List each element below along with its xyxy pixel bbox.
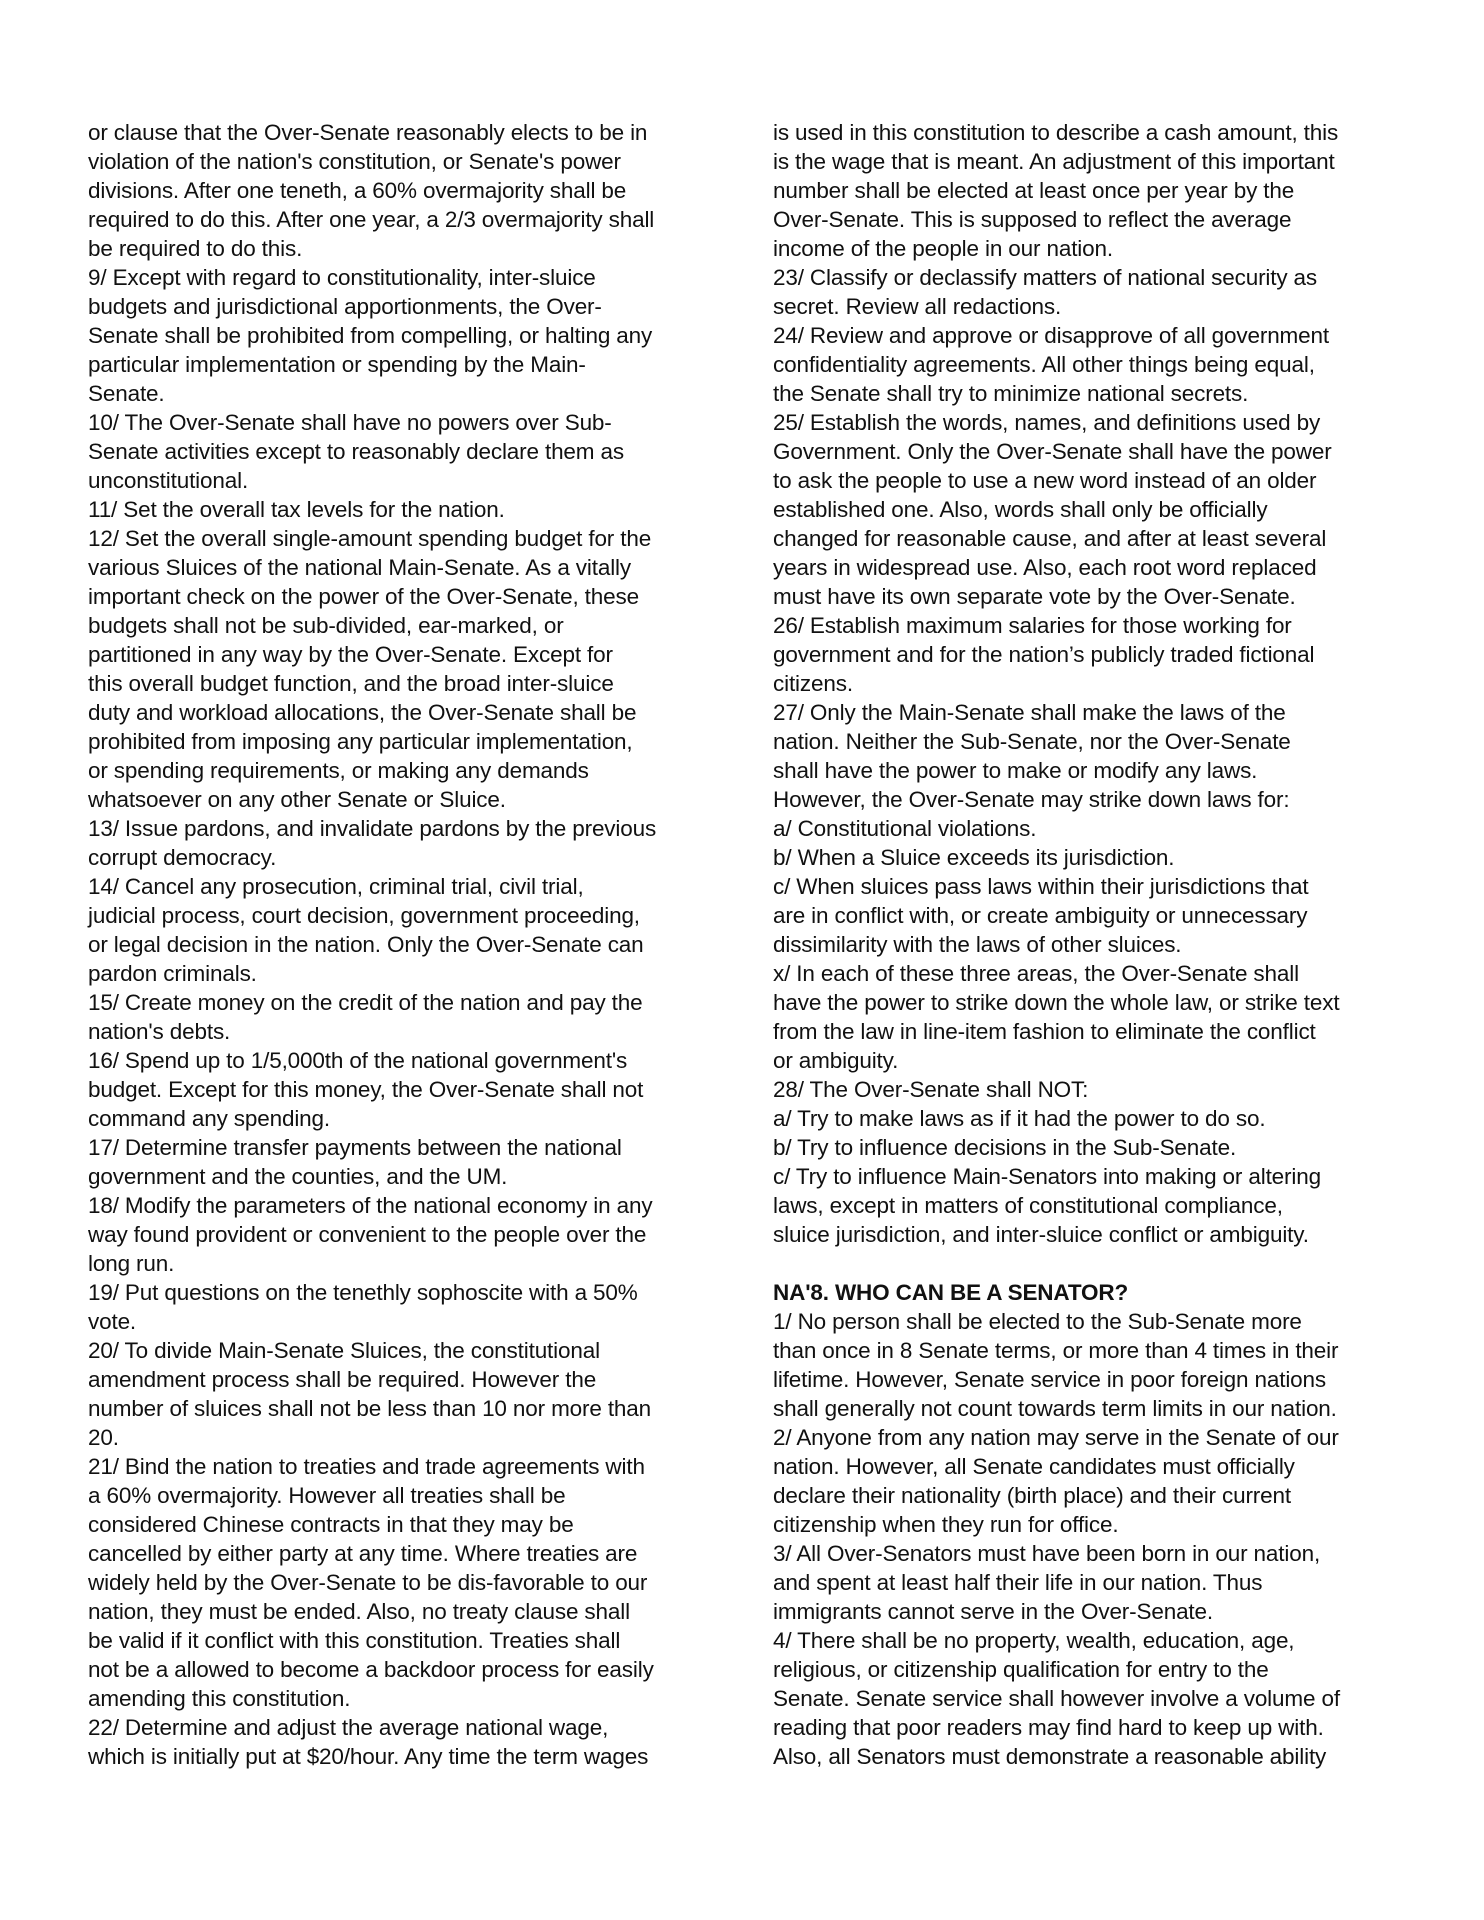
text-line: laws, except in matters of constitutiona… (773, 1191, 1413, 1220)
text-line: government and for the nation’s publicly… (773, 640, 1413, 669)
text-line: religious, or citizenship qualification … (773, 1655, 1413, 1684)
text-line: or clause that the Over-Senate reasonabl… (88, 118, 728, 147)
text-line: be required to do this. (88, 234, 728, 263)
text-line: 19/ Put questions on the tenethly sophos… (88, 1278, 728, 1307)
text-line: established one. Also, words shall only … (773, 495, 1413, 524)
text-line: violation of the nation's constitution, … (88, 147, 728, 176)
text-line: considered Chinese contracts in that the… (88, 1510, 728, 1539)
text-line: is used in this constitution to describe… (773, 118, 1413, 147)
text-line: nation, they must be ended. Also, no tre… (88, 1597, 728, 1626)
text-line: 16/ Spend up to 1/5,000th of the nationa… (88, 1046, 728, 1075)
text-line: required to do this. After one year, a 2… (88, 205, 728, 234)
text-line: 24/ Review and approve or disapprove of … (773, 321, 1413, 350)
text-line: number of sluices shall not be less than… (88, 1394, 728, 1423)
text-line: 20/ To divide Main-Senate Sluices, the c… (88, 1336, 728, 1365)
text-line: 23/ Classify or declassify matters of na… (773, 263, 1413, 292)
text-line: corrupt democracy. (88, 843, 728, 872)
text-line: However, the Over-Senate may strike down… (773, 785, 1413, 814)
text-line: and spent at least half their life in ou… (773, 1568, 1413, 1597)
text-line: 3/ All Over-Senators must have been born… (773, 1539, 1413, 1568)
text-line: are in conflict with, or create ambiguit… (773, 901, 1413, 930)
text-line: nation. However, all Senate candidates m… (773, 1452, 1413, 1481)
text-line: dissimilarity with the laws of other slu… (773, 930, 1413, 959)
text-line: 11/ Set the overall tax levels for the n… (88, 495, 728, 524)
text-line: Senate activities except to reasonably d… (88, 437, 728, 466)
text-line: long run. (88, 1249, 728, 1278)
text-line: or legal decision in the nation. Only th… (88, 930, 728, 959)
text-line: b/ Try to influence decisions in the Sub… (773, 1133, 1413, 1162)
text-line: a/ Constitutional violations. (773, 814, 1413, 843)
text-line: duty and workload allocations, the Over-… (88, 698, 728, 727)
text-line: government and the counties, and the UM. (88, 1162, 728, 1191)
section-spacer (773, 1249, 1413, 1278)
text-line: important check on the power of the Over… (88, 582, 728, 611)
text-line: 28/ The Over-Senate shall NOT: (773, 1075, 1413, 1104)
text-line: citizens. (773, 669, 1413, 698)
text-line: c/ Try to influence Main-Senators into m… (773, 1162, 1413, 1191)
text-line: 1/ No person shall be elected to the Sub… (773, 1307, 1413, 1336)
text-line: 4/ There shall be no property, wealth, e… (773, 1626, 1413, 1655)
text-line: is the wage that is meant. An adjustment… (773, 147, 1413, 176)
text-line: income of the people in our nation. (773, 234, 1413, 263)
text-line: changed for reasonable cause, and after … (773, 524, 1413, 553)
text-line: way found provident or convenient to the… (88, 1220, 728, 1249)
text-line: confidentiality agreements. All other th… (773, 350, 1413, 379)
text-line: lifetime. However, Senate service in poo… (773, 1365, 1413, 1394)
left-text-column: or clause that the Over-Senate reasonabl… (88, 118, 728, 1771)
text-line: various Sluices of the national Main-Sen… (88, 553, 728, 582)
text-line: vote. (88, 1307, 728, 1336)
right-text-column: is used in this constitution to describe… (773, 118, 1413, 1771)
text-line: have the power to strike down the whole … (773, 988, 1413, 1017)
text-line: 26/ Establish maximum salaries for those… (773, 611, 1413, 640)
text-line: reading that poor readers may find hard … (773, 1713, 1413, 1742)
text-line: 2/ Anyone from any nation may serve in t… (773, 1423, 1413, 1452)
text-line: particular implementation or spending by… (88, 350, 728, 379)
text-line: immigrants cannot serve in the Over-Sena… (773, 1597, 1413, 1626)
text-line: 9/ Except with regard to constitutionali… (88, 263, 728, 292)
text-line: 18/ Modify the parameters of the nationa… (88, 1191, 728, 1220)
text-line: whatsoever on any other Senate or Sluice… (88, 785, 728, 814)
text-line: the Senate shall try to minimize nationa… (773, 379, 1413, 408)
text-line: not be a allowed to become a backdoor pr… (88, 1655, 728, 1684)
text-line: amendment process shall be required. How… (88, 1365, 728, 1394)
text-line: must have its own separate vote by the O… (773, 582, 1413, 611)
text-line: Senate. (88, 379, 728, 408)
text-line: 17/ Determine transfer payments between … (88, 1133, 728, 1162)
text-line: Senate. Senate service shall however inv… (773, 1684, 1413, 1713)
text-line: unconstitutional. (88, 466, 728, 495)
text-line: cancelled by either party at any time. W… (88, 1539, 728, 1568)
text-line: Also, all Senators must demonstrate a re… (773, 1742, 1413, 1771)
text-line: sluice jurisdiction, and inter-sluice co… (773, 1220, 1413, 1249)
text-line: budgets shall not be sub-divided, ear-ma… (88, 611, 728, 640)
text-line: judicial process, court decision, govern… (88, 901, 728, 930)
text-line: command any spending. (88, 1104, 728, 1133)
text-line: than once in 8 Senate terms, or more tha… (773, 1336, 1413, 1365)
text-line: budget. Except for this money, the Over-… (88, 1075, 728, 1104)
text-line: 21/ Bind the nation to treaties and trad… (88, 1452, 728, 1481)
text-line: which is initially put at $20/hour. Any … (88, 1742, 728, 1771)
text-line: budgets and jurisdictional apportionment… (88, 292, 728, 321)
text-line: prohibited from imposing any particular … (88, 727, 728, 756)
text-line: widely held by the Over-Senate to be dis… (88, 1568, 728, 1597)
text-line: c/ When sluices pass laws within their j… (773, 872, 1413, 901)
text-line: citizenship when they run for office. (773, 1510, 1413, 1539)
text-line: 22/ Determine and adjust the average nat… (88, 1713, 728, 1742)
text-line: Over-Senate. This is supposed to reflect… (773, 205, 1413, 234)
text-line: 20. (88, 1423, 728, 1452)
text-line: shall generally not count towards term l… (773, 1394, 1413, 1423)
text-line: shall have the power to make or modify a… (773, 756, 1413, 785)
text-line: 25/ Establish the words, names, and defi… (773, 408, 1413, 437)
who-can-be-senator-section: 1/ No person shall be elected to the Sub… (773, 1307, 1413, 1771)
over-senate-powers-continued: is used in this constitution to describe… (773, 118, 1413, 1249)
text-line: b/ When a Sluice exceeds its jurisdictio… (773, 843, 1413, 872)
document-page: or clause that the Over-Senate reasonabl… (0, 0, 1484, 1920)
text-line: 14/ Cancel any prosecution, criminal tri… (88, 872, 728, 901)
text-line: Senate shall be prohibited from compelli… (88, 321, 728, 350)
text-line: 13/ Issue pardons, and invalidate pardon… (88, 814, 728, 843)
text-line: amending this constitution. (88, 1684, 728, 1713)
text-line: secret. Review all redactions. (773, 292, 1413, 321)
text-line: from the law in line-item fashion to eli… (773, 1017, 1413, 1046)
text-line: to ask the people to use a new word inst… (773, 466, 1413, 495)
text-line: 12/ Set the overall single-amount spendi… (88, 524, 728, 553)
text-line: declare their nationality (birth place) … (773, 1481, 1413, 1510)
text-line: 15/ Create money on the credit of the na… (88, 988, 728, 1017)
text-line: Government. Only the Over-Senate shall h… (773, 437, 1413, 466)
text-line: nation's debts. (88, 1017, 728, 1046)
text-line: 10/ The Over-Senate shall have no powers… (88, 408, 728, 437)
text-line: this overall budget function, and the br… (88, 669, 728, 698)
text-line: or ambiguity. (773, 1046, 1413, 1075)
text-line: number shall be elected at least once pe… (773, 176, 1413, 205)
text-line: divisions. After one teneth, a 60% overm… (88, 176, 728, 205)
text-line: partitioned in any way by the Over-Senat… (88, 640, 728, 669)
text-line: nation. Neither the Sub-Senate, nor the … (773, 727, 1413, 756)
text-line: pardon criminals. (88, 959, 728, 988)
text-line: be valid if it conflict with this consti… (88, 1626, 728, 1655)
text-line: a/ Try to make laws as if it had the pow… (773, 1104, 1413, 1133)
section-heading: NA'8. WHO CAN BE A SENATOR? (773, 1278, 1413, 1307)
text-line: years in widespread use. Also, each root… (773, 553, 1413, 582)
text-line: or spending requirements, or making any … (88, 756, 728, 785)
text-line: 27/ Only the Main-Senate shall make the … (773, 698, 1413, 727)
text-line: a 60% overmajority. However all treaties… (88, 1481, 728, 1510)
text-line: x/ In each of these three areas, the Ove… (773, 959, 1413, 988)
